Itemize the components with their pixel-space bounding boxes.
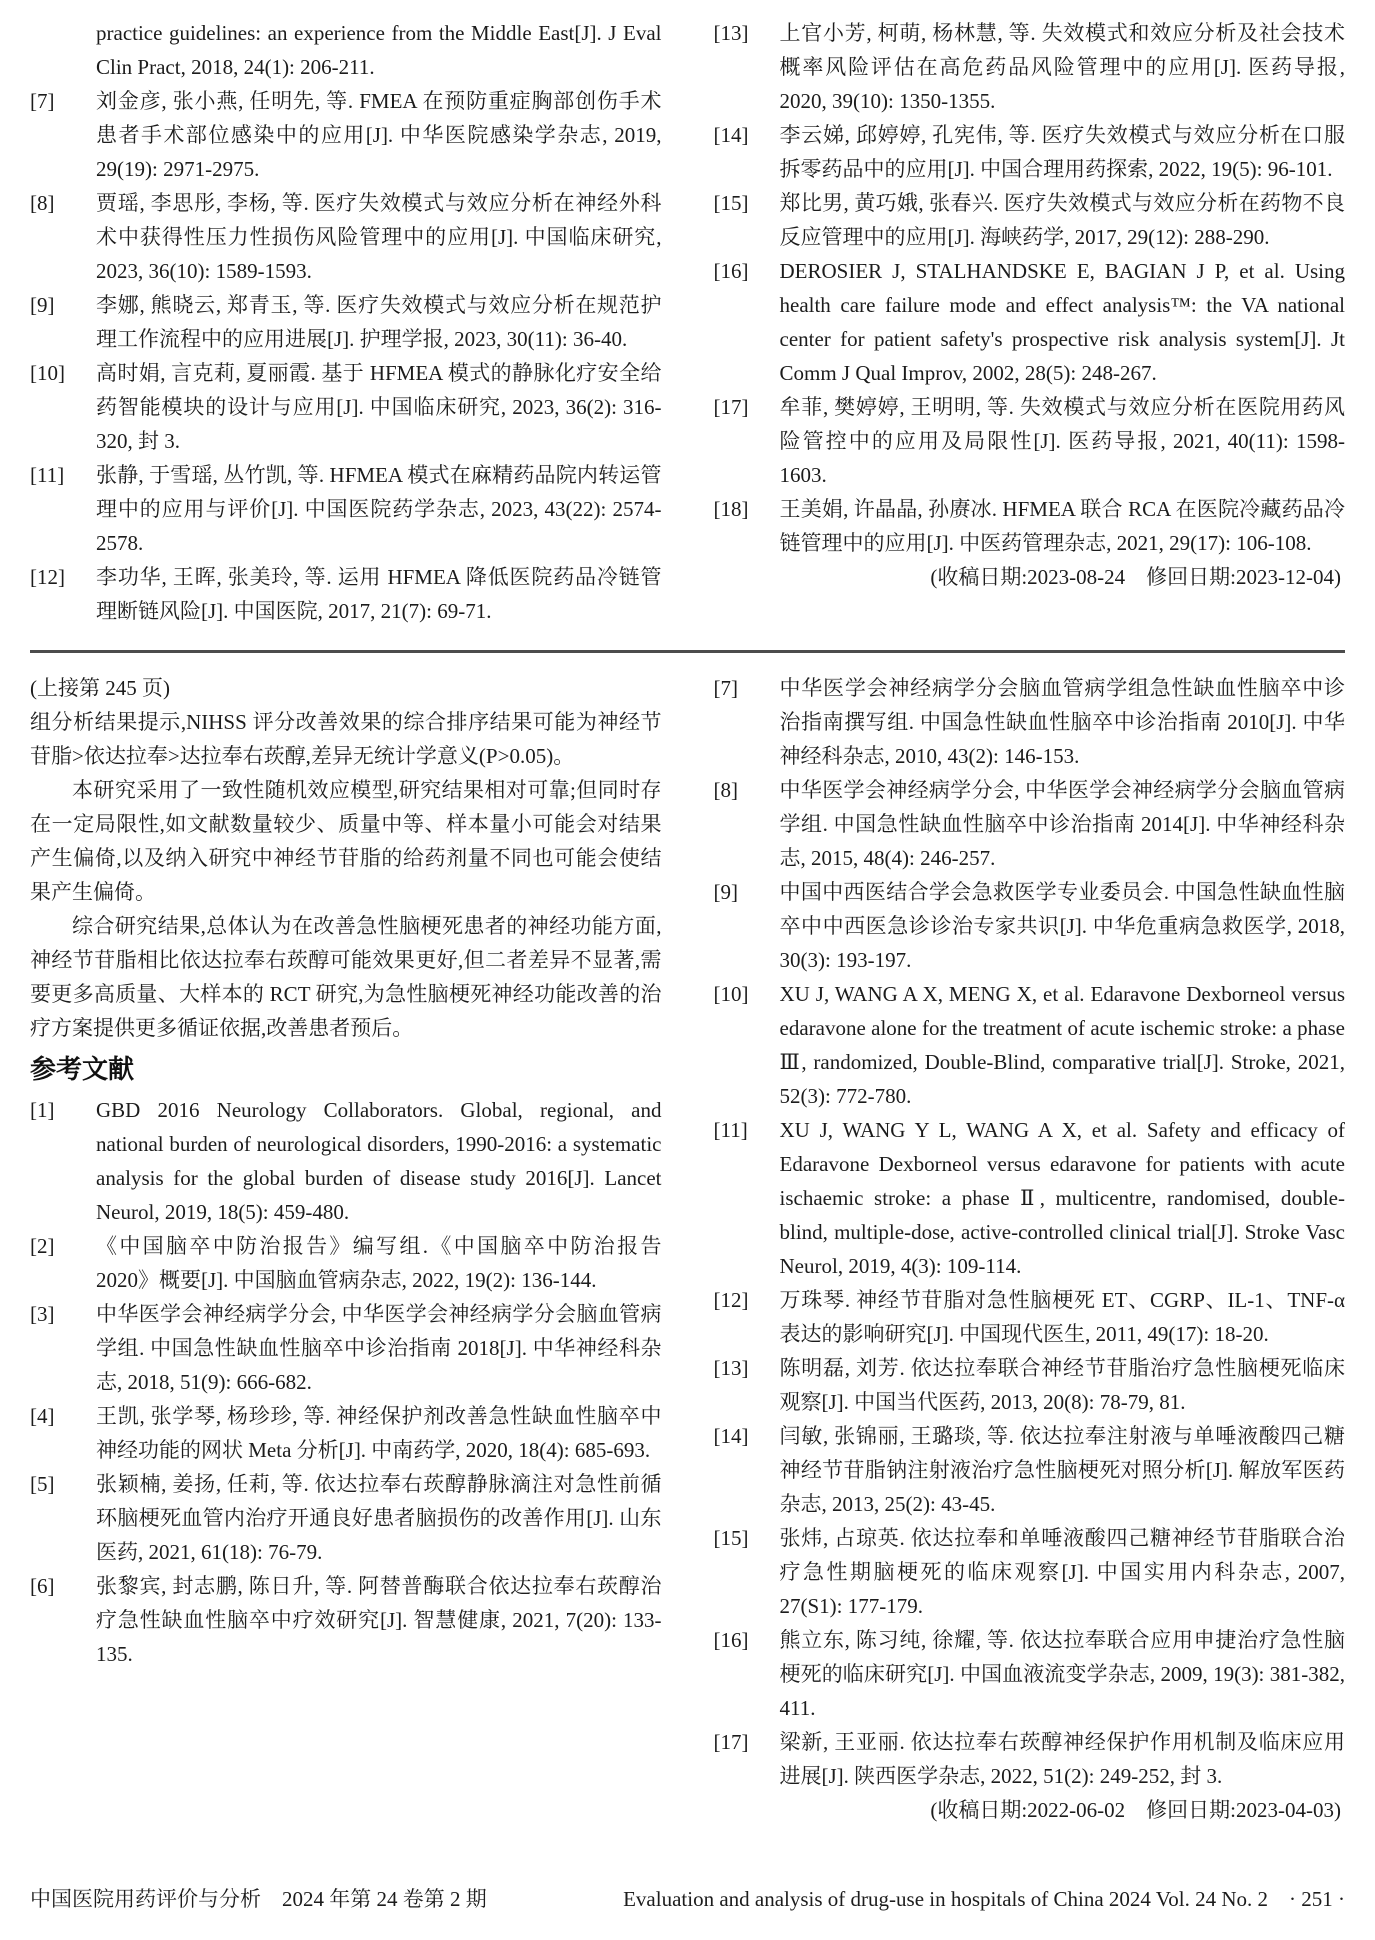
page-footer: 中国医院用药评价与分析 2024 年第 24 卷第 2 期 Evaluation… [30,1884,1345,1914]
reference-item: [17]牟菲, 樊婷婷, 王明明, 等. 失效模式与效应分析在医院用药风险管控中… [714,390,1346,492]
reference-text: XU J, WANG A X, MENG X, et al. Edaravone… [780,977,1346,1113]
reference-text: 中华医学会神经病学分会脑血管病学组急性缺血性脑卒中诊治指南撰写组. 中国急性缺血… [780,671,1346,773]
footer-journal-title-en-page-number: Evaluation and analysis of drug-use in h… [623,1884,1345,1914]
reference-item: [5]张颖楠, 姜扬, 任莉, 等. 依达拉奉右莰醇静脉滴注对急性前循环脑梗死血… [30,1467,662,1569]
reference-item: practice guidelines: an experience from … [30,16,662,84]
reference-number: [8] [714,773,780,807]
reference-item: [15]张炜, 占琼英. 依达拉奉和单唾液酸四己糖神经节苷脂联合治疗急性期脑梗死… [714,1521,1346,1623]
reference-item: [15]郑比男, 黄巧娥, 张春兴. 医疗失效模式与效应分析在药物不良反应管理中… [714,186,1346,254]
reference-number: [15] [714,186,780,220]
reference-list-article-left: [1]GBD 2016 Neurology Collaborators. Glo… [30,1093,662,1671]
body-paragraph-3: 综合研究结果,总体认为在改善急性脑梗死患者的神经功能方面,神经节苷脂相比依达拉奉… [30,909,662,1045]
article-left-column: (上接第 245 页) 组分析结果提示,NIHSS 评分改善效果的综合排序结果可… [30,671,662,1827]
reference-number: [15] [714,1521,780,1555]
reference-text: XU J, WANG Y L, WANG A X, et al. Safety … [780,1113,1346,1283]
reference-text: 刘金彦, 张小燕, 任明先, 等. FMEA 在预防重症胸部创伤手术患者手术部位… [96,84,662,186]
footer-journal-title-cn: 中国医院用药评价与分析 2024 年第 24 卷第 2 期 [30,1884,487,1914]
reference-number: [7] [30,84,96,118]
reference-text: practice guidelines: an experience from … [96,16,662,84]
reference-text: 中华医学会神经病学分会, 中华医学会神经病学分会脑血管病学组. 中国急性缺血性脑… [96,1297,662,1399]
reference-list-top-left: practice guidelines: an experience from … [30,16,662,628]
reference-text: 闫敏, 张锦丽, 王璐琰, 等. 依达拉奉注射液与单唾液酸四己糖神经节苷脂钠注射… [780,1419,1346,1521]
reference-item: [14]闫敏, 张锦丽, 王璐琰, 等. 依达拉奉注射液与单唾液酸四己糖神经节苷… [714,1419,1346,1521]
reference-text: 中华医学会神经病学分会, 中华医学会神经病学分会脑血管病学组. 中国急性缺血性脑… [780,773,1346,875]
reference-number: [12] [714,1283,780,1317]
reference-number: [8] [30,186,96,220]
reference-text: 熊立东, 陈习纯, 徐耀, 等. 依达拉奉联合应用申捷治疗急性脑梗死的临床研究[… [780,1623,1346,1725]
reference-list-article-right: [7]中华医学会神经病学分会脑血管病学组急性缺血性脑卒中诊治指南撰写组. 中国急… [714,671,1346,1793]
reference-item: [18]王美娟, 许晶晶, 孙赓冰. HFMEA 联合 RCA 在医院冷藏药品冷… [714,492,1346,560]
received-revised-dates-article: (收稿日期:2022-06-02 修回日期:2023-04-03) [714,1793,1346,1827]
reference-item: [10]高时娟, 言克莉, 夏丽霞. 基于 HFMEA 模式的静脉化疗安全给药智… [30,356,662,458]
reference-item: [12]万珠琴. 神经节苷脂对急性脑梗死 ET、CGRP、IL-1、TNF-α … [714,1283,1346,1351]
top-left-column: practice guidelines: an experience from … [30,16,662,628]
reference-item: [6]张黎宾, 封志鹏, 陈日升, 等. 阿替普酶联合依达拉奉右莰醇治疗急性缺血… [30,1569,662,1671]
reference-text: DEROSIER J, STALHANDSKE E, BAGIAN J P, e… [780,254,1346,390]
reference-number: [14] [714,118,780,152]
reference-text: 上官小芳, 柯萌, 杨林慧, 等. 失效模式和效应分析及社会技术概率风险评估在高… [780,16,1346,118]
reference-item: [12]李功华, 王晖, 张美玲, 等. 运用 HFMEA 降低医院药品冷链管理… [30,560,662,628]
journal-page: practice guidelines: an experience from … [0,0,1375,1940]
reference-item: [14]李云娣, 邱婷婷, 孔宪伟, 等. 医疗失效模式与效应分析在口服拆零药品… [714,118,1346,186]
reference-number: [5] [30,1467,96,1501]
reference-text: 王美娟, 许晶晶, 孙赓冰. HFMEA 联合 RCA 在医院冷藏药品冷链管理中… [780,492,1346,560]
reference-number: [7] [714,671,780,705]
reference-item: [16]DEROSIER J, STALHANDSKE E, BAGIAN J … [714,254,1346,390]
reference-item: [9]李娜, 熊晓云, 郑青玉, 等. 医疗失效模式与效应分析在规范护理工作流程… [30,288,662,356]
reference-text: 李云娣, 邱婷婷, 孔宪伟, 等. 医疗失效模式与效应分析在口服拆零药品中的应用… [780,118,1346,186]
reference-item: [1]GBD 2016 Neurology Collaborators. Glo… [30,1093,662,1229]
reference-number: [16] [714,1623,780,1657]
body-paragraph-2: 本研究采用了一致性随机效应模型,研究结果相对可靠;但同时存在一定局限性,如文献数… [30,773,662,909]
reference-item: [3]中华医学会神经病学分会, 中华医学会神经病学分会脑血管病学组. 中国急性缺… [30,1297,662,1399]
reference-number: [18] [714,492,780,526]
reference-text: 《中国脑卒中防治报告》编写组.《中国脑卒中防治报告 2020》概要[J]. 中国… [96,1229,662,1297]
reference-number: [14] [714,1419,780,1453]
reference-number: [10] [714,977,780,1011]
reference-item: [8]中华医学会神经病学分会, 中华医学会神经病学分会脑血管病学组. 中国急性缺… [714,773,1346,875]
reference-text: 牟菲, 樊婷婷, 王明明, 等. 失效模式与效应分析在医院用药风险管控中的应用及… [780,390,1346,492]
reference-number: [4] [30,1399,96,1433]
body-paragraph-1: 组分析结果提示,NIHSS 评分改善效果的综合排序结果可能为神经节苷脂>依达拉奉… [30,705,662,773]
reference-number: [13] [714,1351,780,1385]
reference-number: [9] [714,875,780,909]
reference-text: 梁新, 王亚丽. 依达拉奉右莰醇神经保护作用机制及临床应用进展[J]. 陕西医学… [780,1725,1346,1793]
reference-item: [11]张静, 于雪瑶, 丛竹凯, 等. HFMEA 模式在麻精药品院内转运管理… [30,458,662,560]
reference-number: [13] [714,16,780,50]
reference-item: [17]梁新, 王亚丽. 依达拉奉右莰醇神经保护作用机制及临床应用进展[J]. … [714,1725,1346,1793]
reference-text: 李功华, 王晖, 张美玲, 等. 运用 HFMEA 降低医院药品冷链管理断链风险… [96,560,662,628]
reference-number: [17] [714,390,780,424]
continued-from-page-note: (上接第 245 页) [30,671,662,705]
reference-item: [7]中华医学会神经病学分会脑血管病学组急性缺血性脑卒中诊治指南撰写组. 中国急… [714,671,1346,773]
reference-number: [2] [30,1229,96,1263]
reference-text: 中国中西医结合学会急救医学专业委员会. 中国急性缺血性脑卒中中西医急诊诊治专家共… [780,875,1346,977]
reference-text: 贾瑶, 李思彤, 李杨, 等. 医疗失效模式与效应分析在神经外科术中获得性压力性… [96,186,662,288]
reference-number: [11] [714,1113,780,1147]
reference-item: [9]中国中西医结合学会急救医学专业委员会. 中国急性缺血性脑卒中中西医急诊诊治… [714,875,1346,977]
top-right-column: [13]上官小芳, 柯萌, 杨林慧, 等. 失效模式和效应分析及社会技术概率风险… [714,16,1346,628]
references-heading: 参考文献 [30,1049,662,1089]
reference-list-top-right: [13]上官小芳, 柯萌, 杨林慧, 等. 失效模式和效应分析及社会技术概率风险… [714,16,1346,560]
reference-item: [7]刘金彦, 张小燕, 任明先, 等. FMEA 在预防重症胸部创伤手术患者手… [30,84,662,186]
reference-item: [10]XU J, WANG A X, MENG X, et al. Edara… [714,977,1346,1113]
reference-text: 张炜, 占琼英. 依达拉奉和单唾液酸四己糖神经节苷脂联合治疗急性期脑梗死的临床观… [780,1521,1346,1623]
reference-number: [6] [30,1569,96,1603]
reference-item: [11]XU J, WANG Y L, WANG A X, et al. Saf… [714,1113,1346,1283]
reference-item: [16]熊立东, 陈习纯, 徐耀, 等. 依达拉奉联合应用申捷治疗急性脑梗死的临… [714,1623,1346,1725]
reference-text: 万珠琴. 神经节苷脂对急性脑梗死 ET、CGRP、IL-1、TNF-α 表达的影… [780,1283,1346,1351]
article-right-column: [7]中华医学会神经病学分会脑血管病学组急性缺血性脑卒中诊治指南撰写组. 中国急… [714,671,1346,1827]
reference-number: [1] [30,1093,96,1127]
reference-number: [3] [30,1297,96,1331]
reference-text: 李娜, 熊晓云, 郑青玉, 等. 医疗失效模式与效应分析在规范护理工作流程中的应… [96,288,662,356]
reference-text: 张静, 于雪瑶, 丛竹凯, 等. HFMEA 模式在麻精药品院内转运管理中的应用… [96,458,662,560]
reference-number: [17] [714,1725,780,1759]
reference-number: [10] [30,356,96,390]
reference-number: [16] [714,254,780,288]
reference-number: [12] [30,560,96,594]
reference-text: 陈明磊, 刘芳. 依达拉奉联合神经节苷脂治疗急性脑梗死临床观察[J]. 中国当代… [780,1351,1346,1419]
top-reference-section: practice guidelines: an experience from … [30,16,1345,628]
reference-item: [13]陈明磊, 刘芳. 依达拉奉联合神经节苷脂治疗急性脑梗死临床观察[J]. … [714,1351,1346,1419]
reference-item: [2]《中国脑卒中防治报告》编写组.《中国脑卒中防治报告 2020》概要[J].… [30,1229,662,1297]
section-divider-rule [30,650,1345,653]
reference-text: 王凯, 张学琴, 杨珍珍, 等. 神经保护剂改善急性缺血性脑卒中神经功能的网状 … [96,1399,662,1467]
reference-number: [9] [30,288,96,322]
received-revised-dates-top: (收稿日期:2023-08-24 修回日期:2023-12-04) [714,560,1346,594]
reference-number: [11] [30,458,96,492]
reference-item: [8]贾瑶, 李思彤, 李杨, 等. 医疗失效模式与效应分析在神经外科术中获得性… [30,186,662,288]
reference-text: 郑比男, 黄巧娥, 张春兴. 医疗失效模式与效应分析在药物不良反应管理中的应用[… [780,186,1346,254]
reference-text: 高时娟, 言克莉, 夏丽霞. 基于 HFMEA 模式的静脉化疗安全给药智能模块的… [96,356,662,458]
reference-item: [4]王凯, 张学琴, 杨珍珍, 等. 神经保护剂改善急性缺血性脑卒中神经功能的… [30,1399,662,1467]
reference-text: 张颖楠, 姜扬, 任莉, 等. 依达拉奉右莰醇静脉滴注对急性前循环脑梗死血管内治… [96,1467,662,1569]
article-continuation-section: (上接第 245 页) 组分析结果提示,NIHSS 评分改善效果的综合排序结果可… [30,671,1345,1827]
reference-text: GBD 2016 Neurology Collaborators. Global… [96,1093,662,1229]
reference-item: [13]上官小芳, 柯萌, 杨林慧, 等. 失效模式和效应分析及社会技术概率风险… [714,16,1346,118]
reference-text: 张黎宾, 封志鹏, 陈日升, 等. 阿替普酶联合依达拉奉右莰醇治疗急性缺血性脑卒… [96,1569,662,1671]
